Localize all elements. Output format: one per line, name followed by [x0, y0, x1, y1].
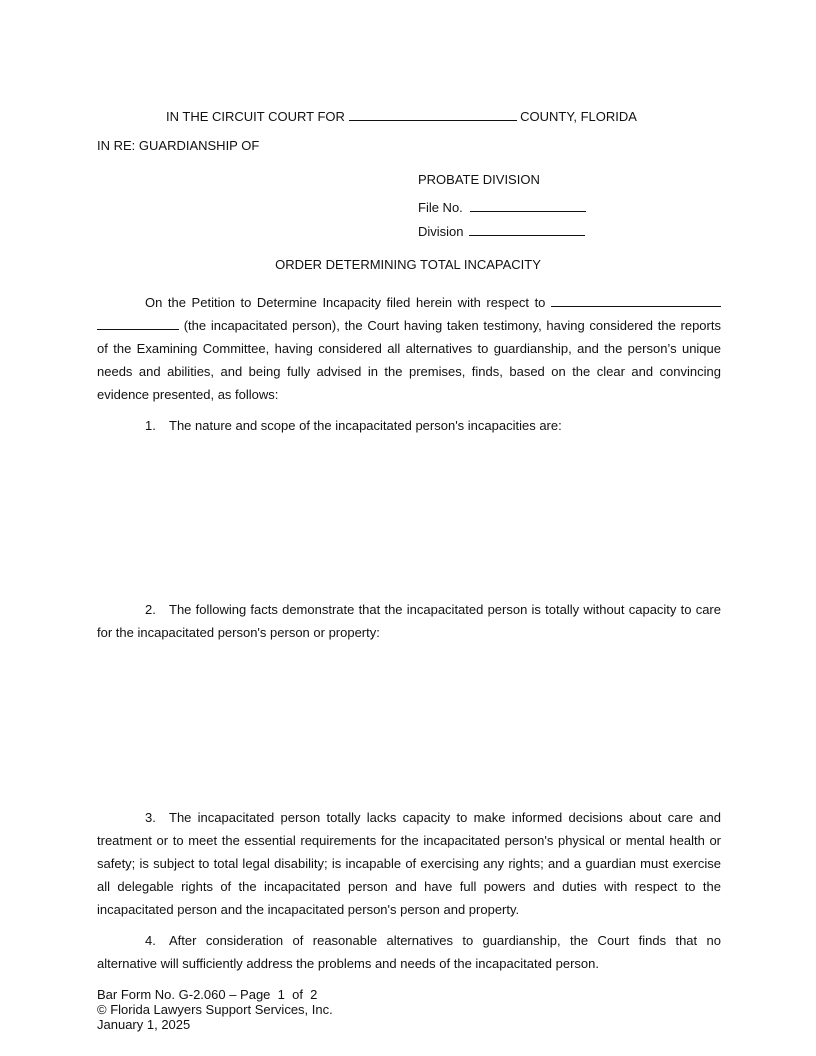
- form-number: Bar Form No. G-2.060 – Page 1 of 2: [97, 987, 333, 1002]
- file-no-label: File No.: [418, 200, 463, 215]
- division-blank[interactable]: [469, 223, 585, 236]
- form-date: January 1, 2025: [97, 1017, 333, 1032]
- finding-2: 2.The following facts demonstrate that t…: [97, 598, 721, 644]
- intro-line-4: needs and abilities, and being fully adv…: [97, 360, 721, 383]
- document-title: ORDER DETERMINING TOTAL INCAPACITY: [0, 257, 816, 273]
- finding-3: 3.The incapacitated person totally lacks…: [97, 806, 721, 921]
- intro-line-3: of the Examining Committee, having consi…: [97, 337, 721, 360]
- intro-line-2: (the incapacitated person), the Court ha…: [97, 314, 721, 337]
- finding-number: 2.: [145, 598, 169, 621]
- court-caption: IN THE CIRCUIT COURT FOR COUNTY, FLORIDA: [166, 108, 637, 125]
- court-prefix: IN THE CIRCUIT COURT FOR: [166, 109, 345, 124]
- finding-number: 4.: [145, 929, 169, 952]
- probate-division: PROBATE DIVISION: [418, 172, 540, 188]
- person-name-blank-2[interactable]: [97, 317, 179, 330]
- division-row: Division: [418, 223, 585, 240]
- court-suffix: COUNTY, FLORIDA: [520, 109, 637, 124]
- file-no-blank[interactable]: [470, 199, 586, 212]
- copyright: © Florida Lawyers Support Services, Inc.: [97, 1002, 333, 1017]
- finding-4: 4.After consideration of reasonable alte…: [97, 929, 721, 975]
- county-blank[interactable]: [349, 108, 517, 121]
- finding-number: 1.: [145, 414, 169, 437]
- in-re-line: IN RE: GUARDIANSHIP OF: [97, 138, 259, 154]
- person-name-blank-1[interactable]: [551, 294, 721, 307]
- finding-number: 3.: [145, 806, 169, 829]
- intro-line-1: On the Petition to Determine Incapacity …: [97, 291, 721, 314]
- intro-line-5: evidence presented, as follows:: [97, 383, 721, 406]
- intro-paragraph: On the Petition to Determine Incapacity …: [97, 291, 721, 406]
- file-no-row: File No.: [418, 199, 586, 216]
- finding-1: 1.The nature and scope of the incapacita…: [97, 414, 721, 437]
- division-label: Division: [418, 224, 464, 239]
- page-footer: Bar Form No. G-2.060 – Page 1 of 2 © Flo…: [97, 987, 333, 1032]
